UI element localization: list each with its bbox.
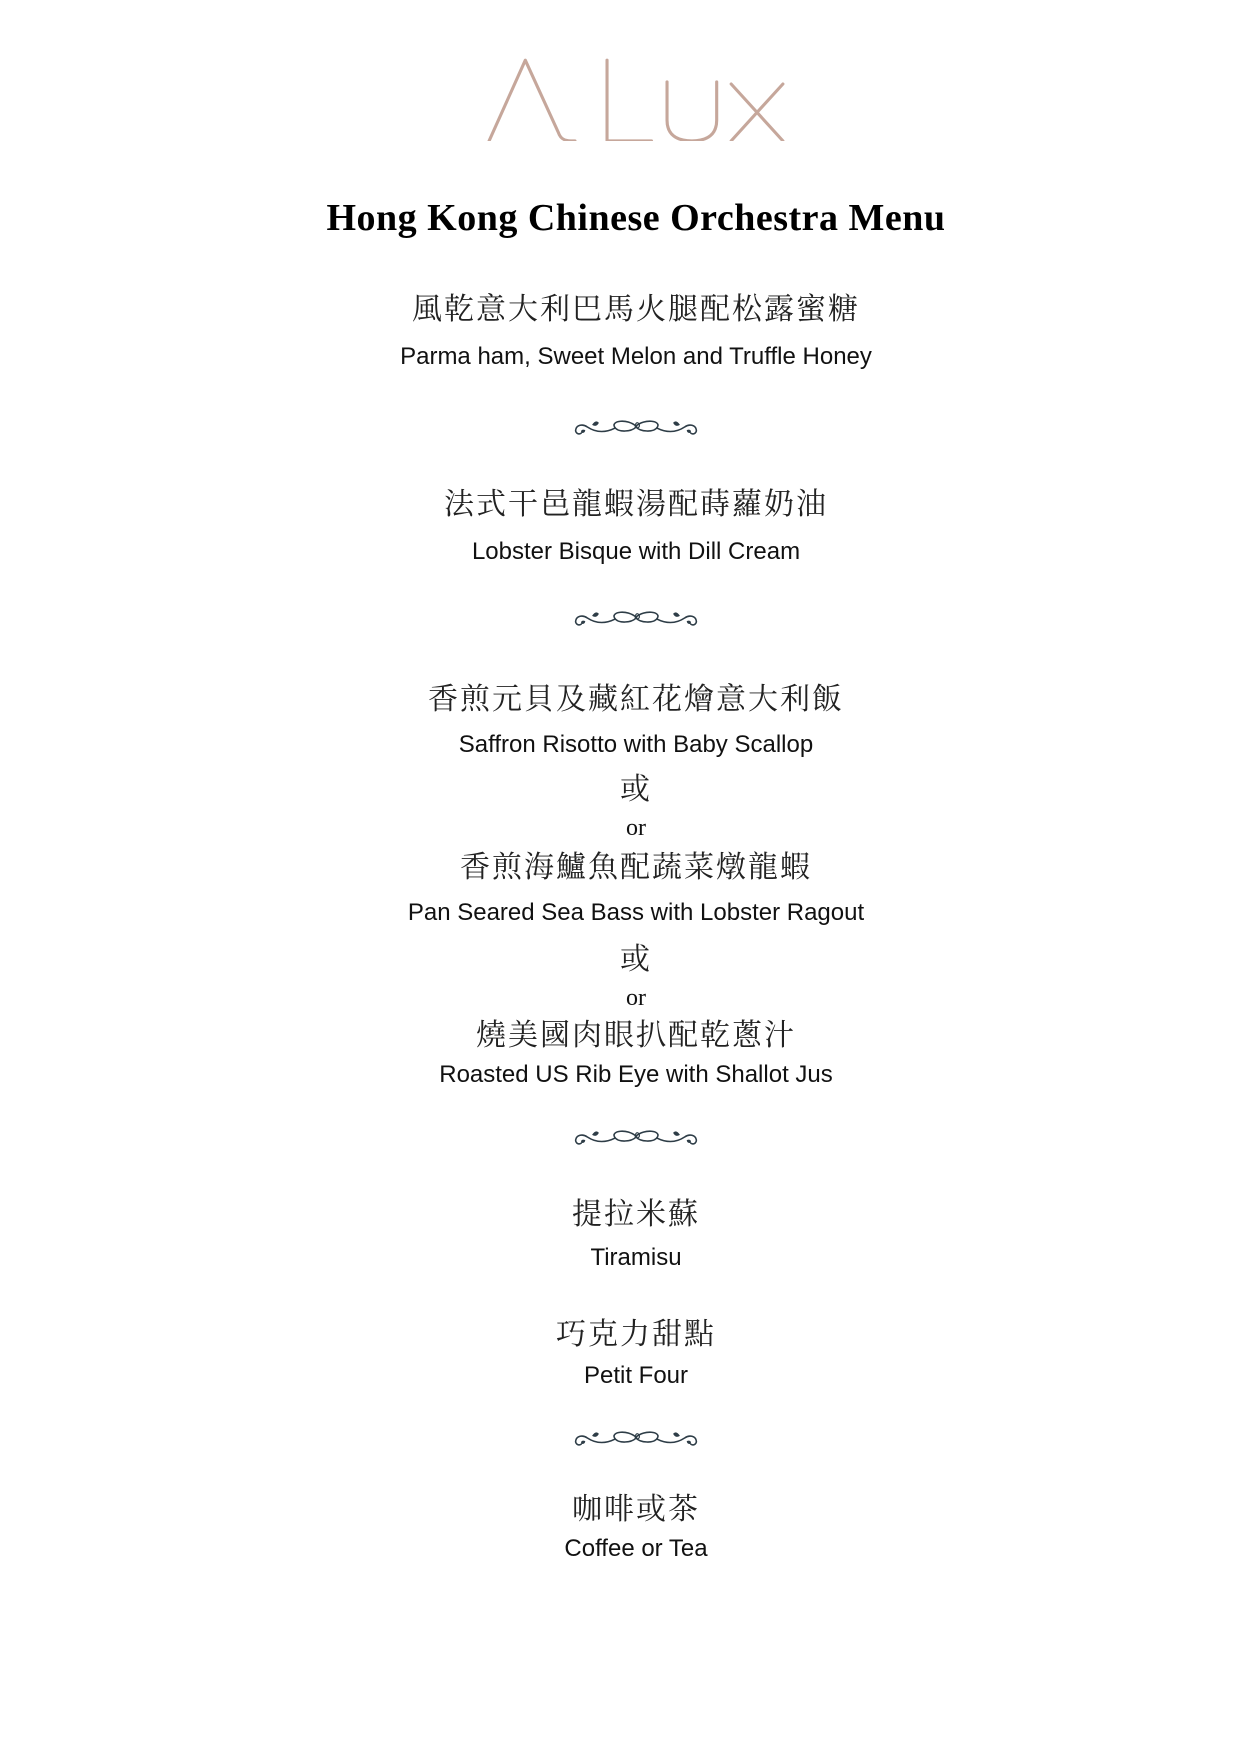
flourish-divider-icon <box>31 607 1241 630</box>
restaurant-logo <box>31 58 1241 141</box>
course-appetizer-en: Parma ham, Sweet Melon and Truffle Honey <box>31 340 1241 374</box>
course-soup-zh: 法式干邑龍蝦湯配蒔蘿奶油 <box>31 483 1241 527</box>
course-dessert-tiramisu-zh: 提拉米蘇 <box>31 1193 1241 1237</box>
course-appetizer-zh: 風乾意大利巴馬火腿配松露蜜糖 <box>31 288 1241 332</box>
menu-title: Hong Kong Chinese Orchestra Menu <box>31 193 1241 243</box>
flourish-divider-icon <box>31 1126 1241 1149</box>
or-separator-zh: 或 <box>31 938 1241 982</box>
or-separator-zh: 或 <box>31 768 1241 812</box>
or-separator-en: or <box>31 812 1241 844</box>
course-dessert-petitfour-en: Petit Four <box>31 1359 1241 1393</box>
course-main-ribeye-zh: 燒美國肉眼扒配乾蔥汁 <box>31 1014 1241 1058</box>
menu-page: Hong Kong Chinese Orchestra Menu 風乾意大利巴馬… <box>0 0 1241 1755</box>
course-beverage-en: Coffee or Tea <box>31 1532 1241 1566</box>
course-beverage-zh: 咖啡或茶 <box>31 1488 1241 1532</box>
a-lux-logo-icon <box>486 58 786 141</box>
course-main-seabass-en: Pan Seared Sea Bass with Lobster Ragout <box>31 896 1241 930</box>
course-dessert-tiramisu-en: Tiramisu <box>31 1241 1241 1275</box>
course-main-ribeye-en: Roasted US Rib Eye with Shallot Jus <box>31 1058 1241 1092</box>
course-main-risotto-en: Saffron Risotto with Baby Scallop <box>31 728 1241 762</box>
course-main-risotto-zh: 香煎元貝及藏紅花燴意大利飯 <box>31 678 1241 722</box>
course-dessert-petitfour-zh: 巧克力甜點 <box>31 1313 1241 1357</box>
course-soup-en: Lobster Bisque with Dill Cream <box>31 535 1241 569</box>
course-main-seabass-zh: 香煎海鱸魚配蔬菜燉龍蝦 <box>31 846 1241 890</box>
flourish-divider-icon <box>31 416 1241 439</box>
flourish-divider-icon <box>31 1427 1241 1450</box>
or-separator-en: or <box>31 982 1241 1014</box>
